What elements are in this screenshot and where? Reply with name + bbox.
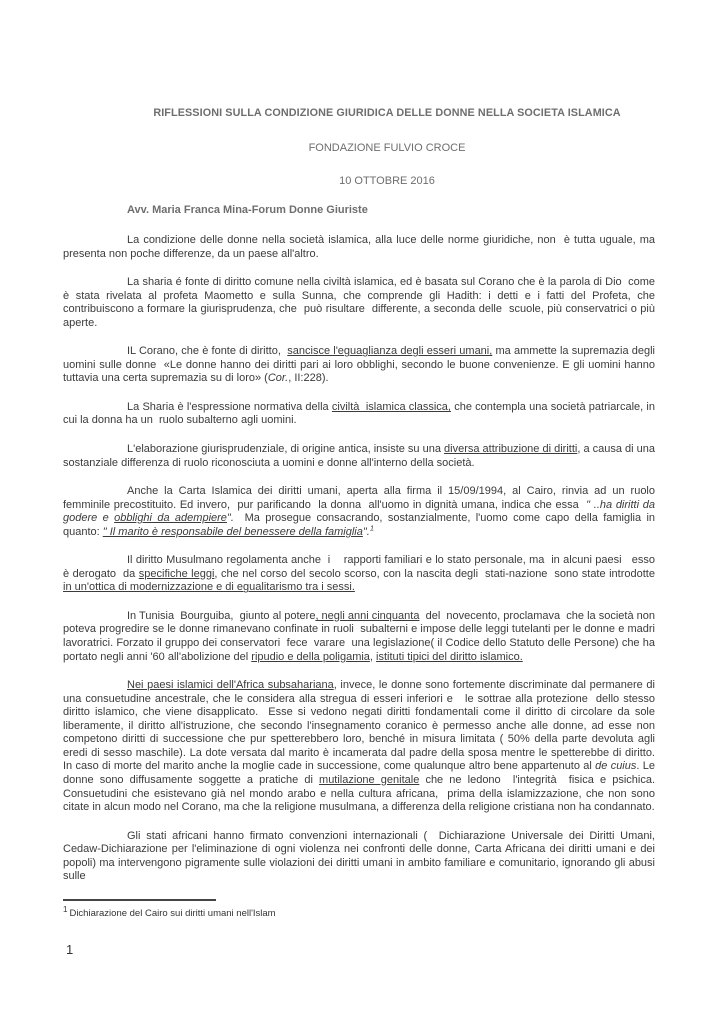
paragraph: La Sharia è l'espressione normativa dell…	[63, 401, 655, 428]
text-run: , che nel corso del secolo scorso, con l…	[214, 568, 658, 580]
text-run: IL Corano, che è fonte di diritto,	[127, 345, 287, 357]
text-run: sancisce l'eguaglianza degli esseri uman…	[287, 345, 492, 357]
document-author: Avv. Maria Franca Mina-Forum Donne Giuri…	[63, 204, 655, 217]
text-run: civiltà islamica classica,	[332, 401, 451, 413]
footnote-marker: 1	[63, 905, 67, 914]
text-run: La Sharia è l'espressione normativa dell…	[127, 401, 332, 413]
text-run: in un'ottica di modernizzazione e di egu…	[63, 581, 355, 593]
text-run: , negli anni cinquanta	[315, 610, 419, 622]
paragraph: Nei paesi islamici dell'Africa subsahari…	[63, 679, 655, 814]
text-run: obblighi da adempiere	[114, 512, 227, 524]
paragraph: L'elaborazione giurisprudenziale, di ori…	[63, 443, 655, 470]
footnote-separator	[63, 899, 216, 901]
paragraph: Gli stati africani hanno firmato convenz…	[63, 830, 655, 884]
text-run: , invece, le donne sono fortemente discr…	[63, 679, 658, 772]
text-run: , II:228).	[288, 372, 328, 384]
paragraph: La sharia é fonte di diritto comune nell…	[63, 276, 655, 330]
footnote: 1Dichiarazione del Cairo sui diritti uma…	[63, 908, 655, 920]
text-run: ripudio e della poligamia	[251, 651, 370, 663]
text-run: La sharia é fonte di diritto comune nell…	[63, 276, 658, 329]
text-run: Cor.	[268, 372, 288, 384]
paragraph: IL Corano, che è fonte di diritto, sanci…	[63, 345, 655, 386]
text-run: " Il marito è responsabile del benessere…	[103, 526, 363, 538]
document-date: 10 OTTOBRE 2016	[63, 175, 655, 188]
document-page: RIFLESSIONI SULLA CONDIZIONE GIURIDICA D…	[0, 0, 725, 1024]
paragraph: In Tunisia Bourguiba, giunto al potere, …	[63, 610, 655, 664]
text-run: ".	[227, 512, 234, 524]
document-title: RIFLESSIONI SULLA CONDIZIONE GIURIDICA D…	[63, 106, 655, 120]
page-number: 1	[66, 942, 73, 957]
document-content: RIFLESSIONI SULLA CONDIZIONE GIURIDICA D…	[63, 106, 655, 920]
text-run: ".	[363, 526, 370, 538]
text-run: istituti tipici del diritto islamico.	[376, 651, 523, 663]
text-run: de cuius	[595, 760, 636, 772]
text-run: L'elaborazione giurisprudenziale, di ori…	[127, 443, 444, 455]
text-run: Gli stati africani hanno firmato convenz…	[63, 830, 658, 883]
text-run: diversa attribuzione di diritti	[444, 443, 577, 455]
paragraph: Il diritto Musulmano regolamenta anche i…	[63, 554, 655, 595]
text-run: mutilazione genitale	[319, 774, 419, 786]
paragraph: Anche la Carta Islamica dei diritti uman…	[63, 485, 655, 539]
text-run: La condizione delle donne nella società …	[63, 234, 658, 260]
text-run: Nei paesi islamici dell'Africa subsahari…	[127, 679, 334, 691]
document-body: La condizione delle donne nella società …	[63, 234, 655, 884]
text-run: specifiche leggi	[139, 568, 215, 580]
footnote-text: Dichiarazione del Cairo sui diritti uman…	[69, 908, 275, 919]
text-run: Anche la Carta Islamica dei diritti uman…	[63, 485, 658, 511]
text-run: In Tunisia Bourguiba, giunto al potere	[127, 610, 315, 622]
paragraph: La condizione delle donne nella società …	[63, 234, 655, 261]
document-subtitle: FONDAZIONE FULVIO CROCE	[63, 142, 655, 155]
footnote-reference: 1	[370, 523, 374, 532]
